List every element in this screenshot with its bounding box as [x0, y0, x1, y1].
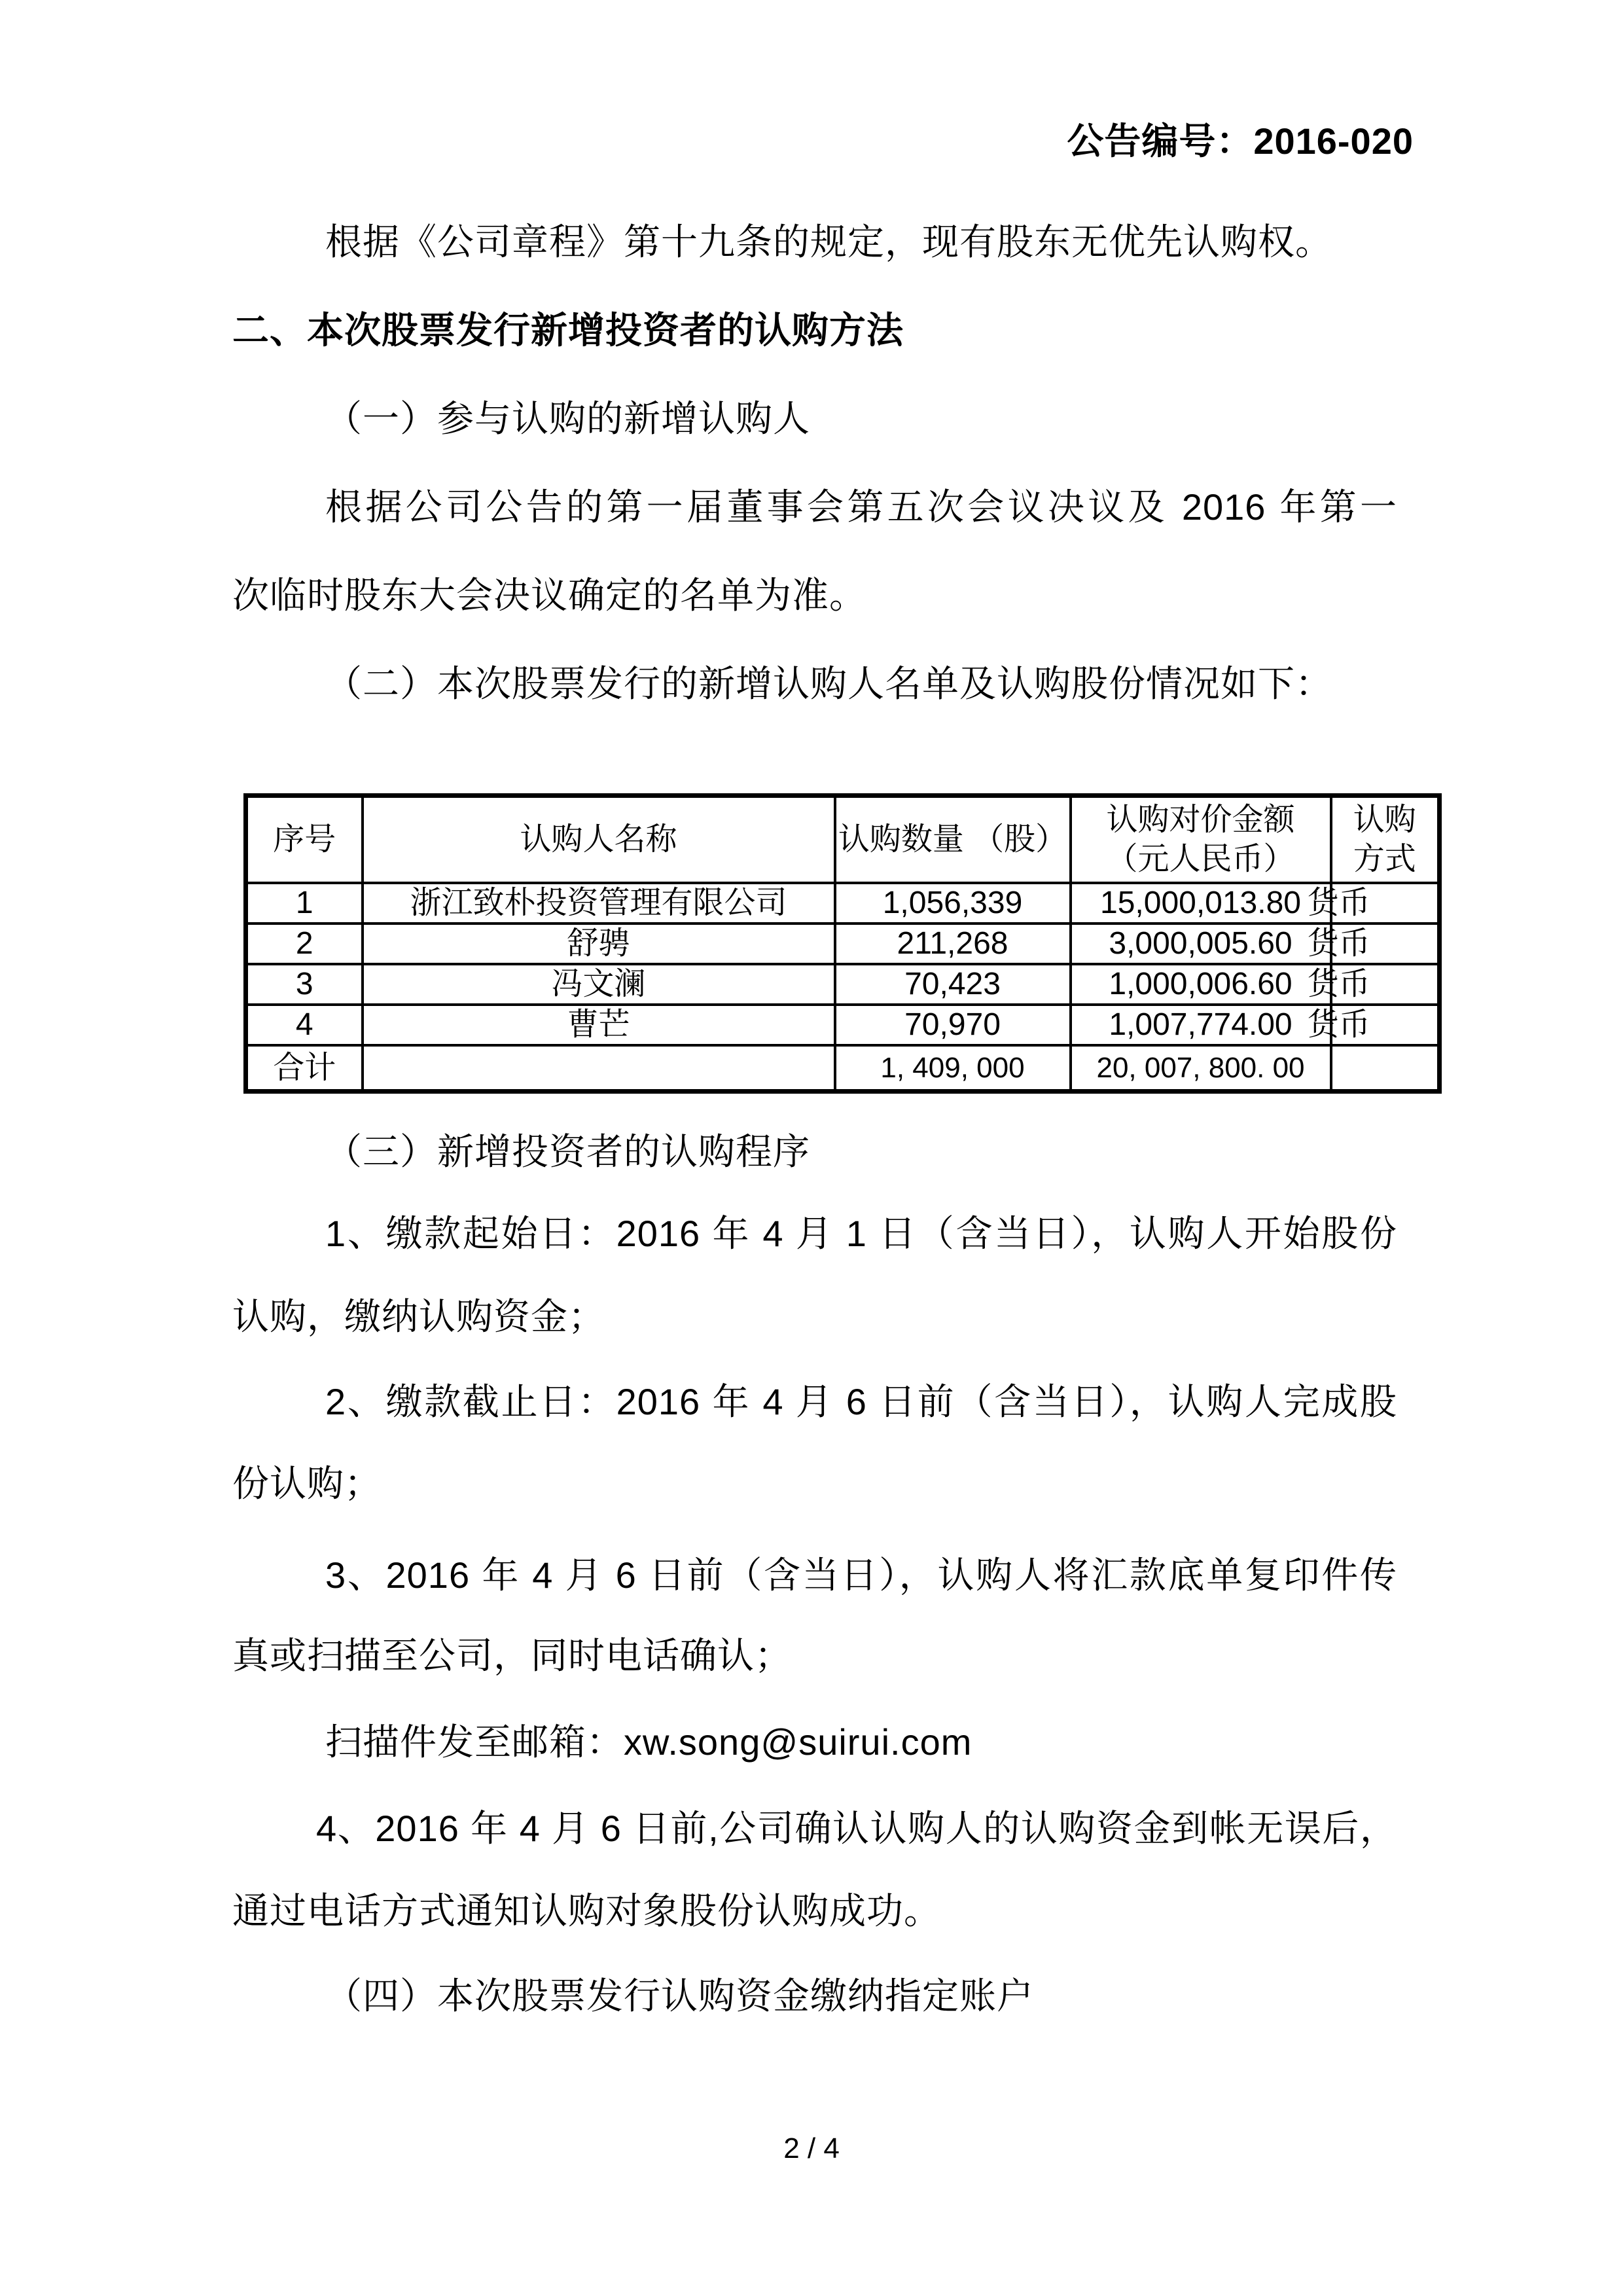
col-header-seq: 序号 [246, 796, 363, 884]
col-header-quantity: 认购数量 （股） [835, 796, 1071, 884]
cell-total-amount: 20, 007, 800. 00 [1071, 1045, 1331, 1092]
cell-method: 货币 [1331, 883, 1440, 924]
table-row: 4 曹芒 70,970 1,007,774.00 货币 [246, 1005, 1440, 1045]
col-header-amount: 认购对价金额 （元人民币） [1071, 796, 1331, 884]
cell-quantity: 1,056,339 [835, 883, 1071, 924]
paragraph-charter-rule: 根据《公司章程》第十九条的规定，现有股东无优先认购权。 [232, 219, 1397, 265]
notice-number: 公告编号：2016-020 [232, 113, 1414, 165]
cell-total-quantity: 1, 409, 000 [835, 1045, 1071, 1092]
table-row: 3 冯文澜 70,423 1,000,006.60 货币 [246, 964, 1440, 1005]
total-quantity-text: 1, 409, 000 [880, 1052, 1024, 1084]
cell-total-name [363, 1045, 835, 1092]
paragraph-board-resolution-line1: 根据公司公告的第一届董事会第五次会议决议及 2016 年第一 [232, 484, 1397, 530]
cell-amount: 15,000,013.80 [1071, 883, 1331, 924]
subsection-3-title: （三）新增投资者的认购程序 [232, 1129, 1397, 1175]
cell-total-label: 合计 [246, 1045, 363, 1092]
cell-method-text: 货币 [1308, 965, 1370, 1003]
item-2-line1: 2、缴款截止日：2016 年 4 月 6 日前（含当日），认购人完成股 [232, 1379, 1397, 1425]
item-1-line1: 1、缴款起始日：2016 年 4 月 1 日（含当日），认购人开始股份 [232, 1211, 1397, 1257]
item-4-line2: 通过电话方式通知认购对象股份认购成功。 [232, 1888, 1397, 1934]
table-header-row: 序号 认购人名称 认购数量 （股） 认购对价金额 （元人民币） 认购 方式 [246, 796, 1440, 884]
cell-amount: 1,007,774.00 [1071, 1005, 1331, 1045]
cell-name: 曹芒 [363, 1005, 835, 1045]
cell-amount: 3,000,005.60 [1071, 924, 1331, 964]
cell-quantity: 211,268 [835, 924, 1071, 964]
col-header-amount-line1: 认购对价金额 [1072, 800, 1330, 840]
cell-method: 货币 [1331, 964, 1440, 1005]
cell-seq: 3 [246, 964, 363, 1005]
cell-seq: 4 [246, 1005, 363, 1045]
col-header-amount-line2: （元人民币） [1072, 840, 1330, 879]
col-header-method-line1: 认购 [1332, 800, 1438, 840]
table-row: 1 浙江致朴投资管理有限公司 1,056,339 15,000,013.80 货… [246, 883, 1440, 924]
subsection-2-title: （二）本次股票发行的新增认购人名单及认购股份情况如下： [232, 661, 1397, 707]
subsection-1-title: （一）参与认购的新增认购人 [232, 396, 1397, 442]
col-header-method-line2: 方式 [1332, 840, 1438, 879]
item-4-line1: 4、2016 年 4 月 6 日前,公司确认认购人的认购资金到帐无误后， [232, 1806, 1397, 1852]
table-row: 2 舒骋 211,268 3,000,005.60 货币 [246, 924, 1440, 964]
cell-method-text: 货币 [1308, 884, 1370, 922]
cell-method-text: 货币 [1308, 925, 1370, 963]
cell-method: 货币 [1331, 924, 1440, 964]
item-3-line1: 3、2016 年 4 月 6 日前（含当日），认购人将汇款底单复印件传 [232, 1552, 1397, 1598]
cell-quantity: 70,970 [835, 1005, 1071, 1045]
item-3-line2: 真或扫描至公司，同时电话确认； [232, 1633, 1397, 1679]
cell-seq: 1 [246, 883, 363, 924]
cell-amount: 1,000,006.60 [1071, 964, 1331, 1005]
total-amount-text: 20, 007, 800. 00 [1096, 1052, 1304, 1084]
paragraph-board-resolution-line2: 次临时股东大会决议确定的名单为准。 [232, 573, 1397, 619]
cell-total-method [1331, 1045, 1440, 1092]
cell-name: 冯文澜 [363, 964, 835, 1005]
cell-method-text: 货币 [1308, 1006, 1370, 1044]
subscriber-table: 序号 认购人名称 认购数量 （股） 认购对价金额 （元人民币） 认购 方式 1 … [243, 793, 1442, 1094]
col-header-name: 认购人名称 [363, 796, 835, 884]
cell-seq: 2 [246, 924, 363, 964]
item-1-line2: 认购，缴纳认购资金； [232, 1294, 1397, 1340]
col-header-method: 认购 方式 [1331, 796, 1440, 884]
table-total-row: 合计 1, 409, 000 20, 007, 800. 00 [246, 1045, 1440, 1092]
scan-email-line: 扫描件发至邮箱：xw.song@suirui.com [232, 1719, 1397, 1765]
item-2-line2: 份认购； [232, 1461, 1397, 1507]
section-heading-2: 二、本次股票发行新增投资者的认购方法 [232, 308, 1397, 353]
cell-quantity: 70,423 [835, 964, 1071, 1005]
cell-name: 浙江致朴投资管理有限公司 [363, 883, 835, 924]
cell-method: 货币 [1331, 1005, 1440, 1045]
page-number: 2 / 4 [0, 2132, 1623, 2165]
subsection-4-title: （四）本次股票发行认购资金缴纳指定账户 [232, 1973, 1397, 2019]
document-page: 公告编号：2016-020 根据《公司章程》第十九条的规定，现有股东无优先认购权… [0, 0, 1623, 2296]
cell-name: 舒骋 [363, 924, 835, 964]
